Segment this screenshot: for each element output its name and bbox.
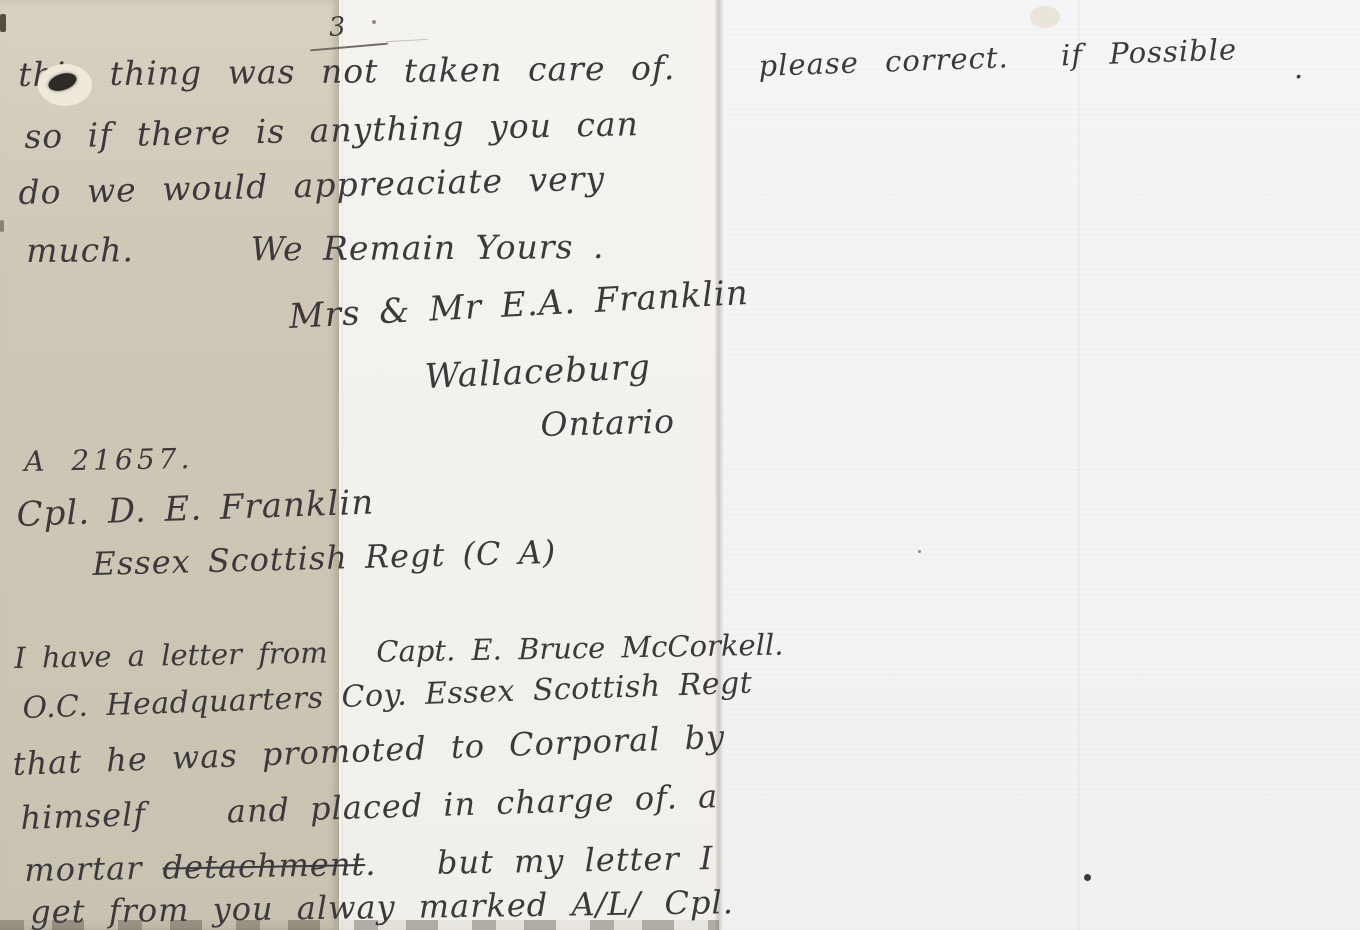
right-page-horizontal-crease xyxy=(724,468,1360,470)
service-number-line: A 21657. xyxy=(24,443,194,478)
ink-speck xyxy=(1084,874,1091,881)
paper-smudge xyxy=(1030,6,1060,28)
dust-speck xyxy=(918,550,921,553)
handwriting-period: . xyxy=(1294,52,1304,85)
page-edge-nick xyxy=(0,220,4,232)
handwriting-line: this thing was not taken care of. xyxy=(18,49,676,94)
struck-word: detachment xyxy=(162,845,365,887)
page-edge-nick xyxy=(0,14,6,32)
page-number: 3 xyxy=(328,13,347,44)
line-segment: . but my letter I xyxy=(365,839,714,883)
line-segment: mortar xyxy=(24,849,163,889)
right-page xyxy=(724,0,1360,930)
right-page-vertical-crease xyxy=(1078,0,1080,930)
letter-scan: 3 this thing was not taken care of. so i… xyxy=(0,0,1360,930)
signature-line: Ontario xyxy=(540,402,675,443)
letter-scan-page: { "document": { "kind": "handwritten-let… xyxy=(0,0,1360,930)
handwriting-line: much. We Remain Yours . xyxy=(26,228,605,270)
ink-dot xyxy=(372,20,376,24)
